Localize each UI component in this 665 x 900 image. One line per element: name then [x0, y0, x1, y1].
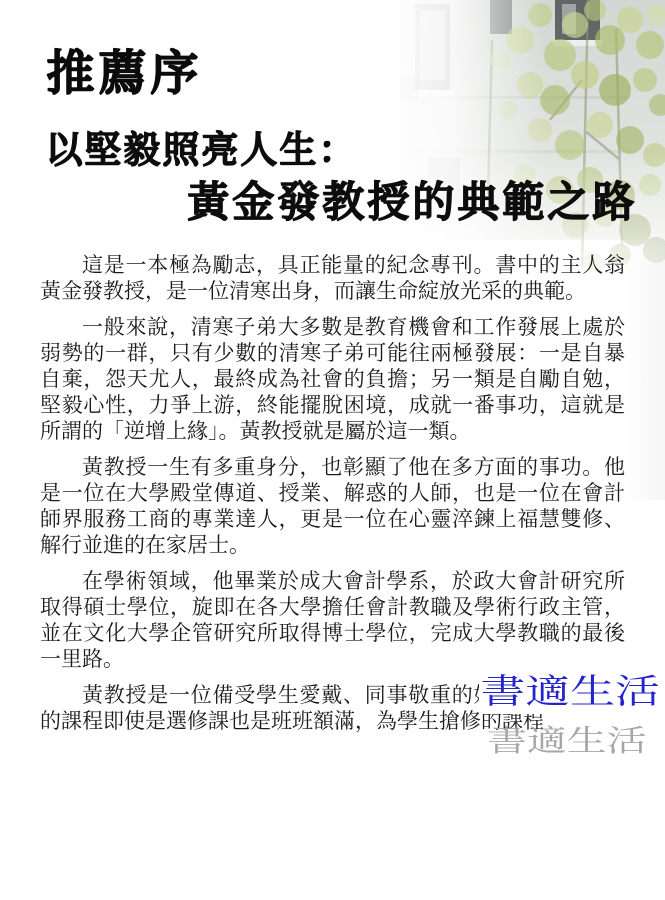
paragraph-2: 一般來說，清寒子弟大多數是教育機會和工作發展上處於弱勢的一群，只有少數的清寒子弟…: [40, 314, 625, 444]
paragraph-1: 這是一本極為勵志，具正能量的紀念專刊。書中的主人翁黃金發教授，是一位清寒出身，而…: [40, 252, 625, 304]
preface-body: 這是一本極為勵志，具正能量的紀念專刊。書中的主人翁黃金發教授，是一位清寒出身，而…: [40, 252, 625, 744]
preface-page: 推薦序 以堅毅照亮人生： 黃金發教授的典範之路 這是一本極為勵志，具正能量的紀念…: [0, 0, 665, 900]
main-title-line2: 黃金發教授的典範之路: [187, 182, 637, 224]
watermark-primary: 書適生活: [479, 673, 664, 714]
right-edge-tint: [625, 240, 665, 500]
section-title: 推薦序: [46, 50, 202, 98]
watermark-secondary: 書適生活: [487, 726, 647, 758]
paragraph-4: 在學術領域，他畢業於成大會計學系，於政大會計研究所取得碩士學位，旋即在各大學擔任…: [40, 568, 625, 672]
main-title-line1: 以堅毅照亮人生：: [45, 132, 357, 169]
paragraph-3: 黃教授一生有多重身分，也彰顯了他在多方面的事功。他是一位在大學殿堂傳道、授業、解…: [40, 454, 625, 558]
